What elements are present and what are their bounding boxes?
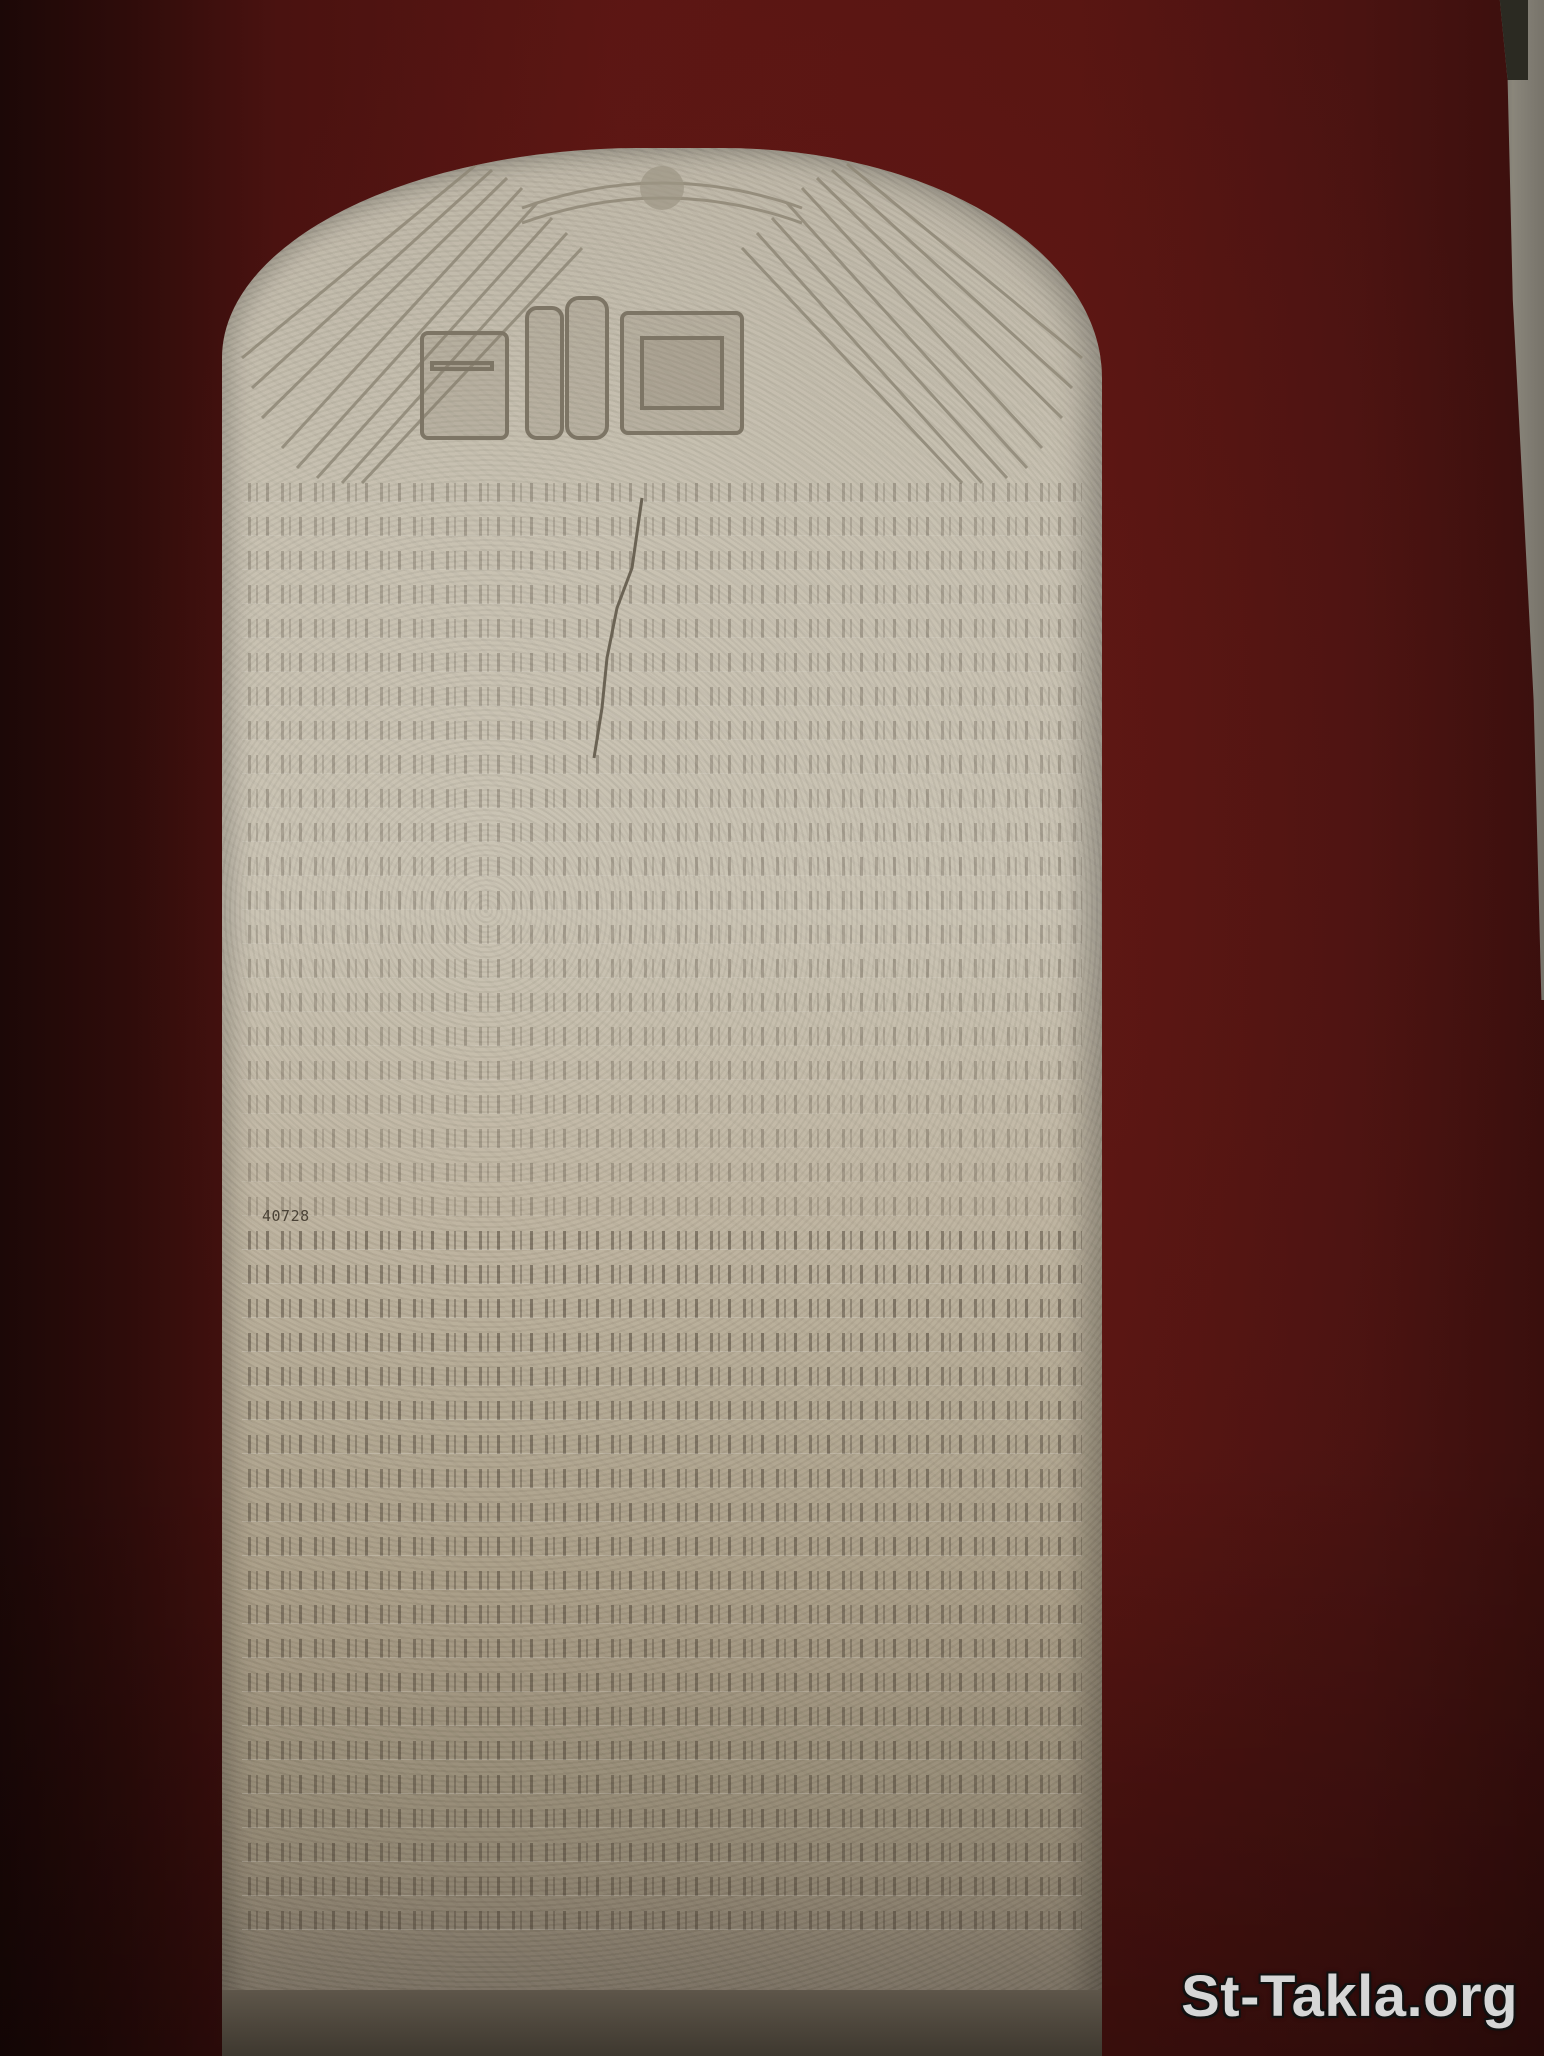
figures-relief-panel [402,278,822,448]
inscription-line [242,959,1082,978]
inscription-line [242,483,1082,502]
inscription-line [242,1401,1082,1420]
inscription-line [242,619,1082,638]
inscription-line [242,1469,1082,1488]
inscription-line [242,1367,1082,1386]
inscription-line [242,1639,1082,1658]
inscription-line [242,1707,1082,1726]
inscription-line [242,1877,1082,1896]
inscription-line [242,1333,1082,1352]
inscription-line [242,1741,1082,1760]
inscription-line [242,993,1082,1012]
inscription-line [242,1537,1082,1556]
inscription-line [242,1775,1082,1794]
inscription-line [242,1299,1082,1318]
inventory-number-label: 40728 [262,1207,310,1225]
inscription-line [242,1605,1082,1624]
inscription-line [242,653,1082,672]
inscription-line [242,517,1082,536]
inscription-line [242,1231,1082,1250]
inscription-line [242,1197,1082,1216]
inscription-line [242,1163,1082,1182]
inscription-line [242,1095,1082,1114]
inscription-line [242,1809,1082,1828]
inscription-line [242,1435,1082,1454]
inscription-line [242,857,1082,876]
inscription-line [242,1911,1082,1930]
inscription-line [242,1129,1082,1148]
inscription-line [242,721,1082,740]
inscription-line [242,1027,1082,1046]
stone-stela [222,148,1102,2056]
stela-base-shadow [222,1990,1102,2056]
inscription-line [242,1265,1082,1284]
greek-inscription [242,483,1082,1956]
inscription-line [242,891,1082,910]
inscription-line [242,1571,1082,1590]
inscription-line [242,687,1082,706]
inscription-line [242,1061,1082,1080]
inscription-line [242,1503,1082,1522]
inscription-line [242,925,1082,944]
inscription-line [242,823,1082,842]
inscription-line [242,1843,1082,1862]
inscription-line [242,551,1082,570]
inscription-line [242,585,1082,604]
inscription-line [242,755,1082,774]
watermark-text: St-Takla.org [1181,1963,1518,2030]
inscription-line [242,789,1082,808]
inscription-line [242,1673,1082,1692]
